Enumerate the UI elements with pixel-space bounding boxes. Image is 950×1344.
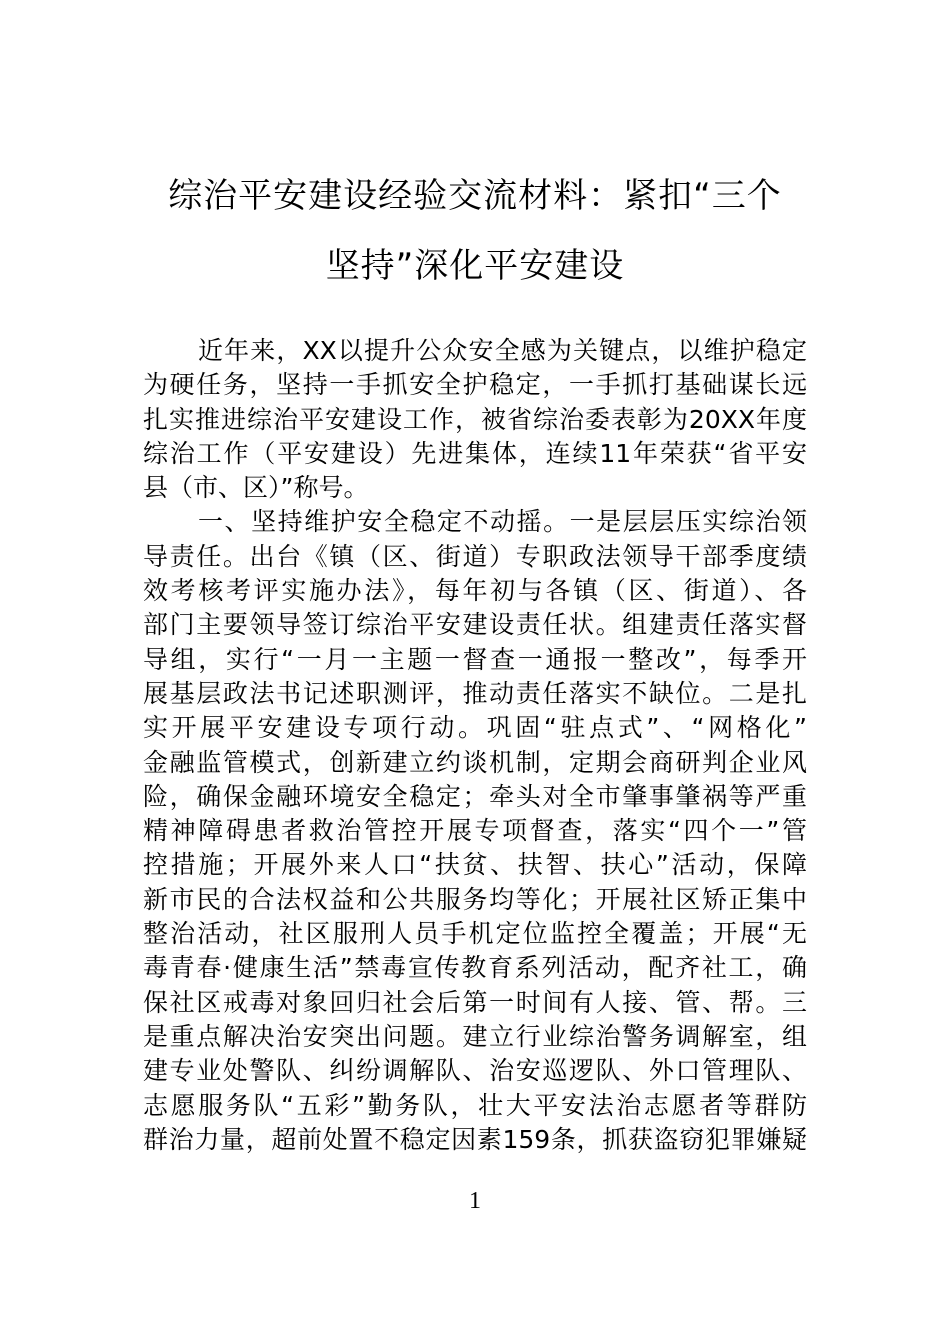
paragraph-line: 县（市、区）”称号。 bbox=[143, 471, 807, 505]
paragraph-line: 整治活动，社区服刑人员手机定位监控全覆盖；开展“无 bbox=[143, 917, 807, 951]
paragraph-line: 为硬任务，坚持一手抓安全护稳定，一手抓打基础谋长远 bbox=[143, 368, 807, 402]
paragraph-line: 新市民的合法权益和公共服务均等化；开展社区矫正集中 bbox=[143, 883, 807, 917]
paragraph-line: 扎实推进综治平安建设工作，被省综治委表彰为20XX年度 bbox=[143, 403, 807, 437]
document-title-line-1: 综治平安建设经验交流材料：紧扣“三个 bbox=[0, 176, 950, 216]
paragraph-line: 险，确保金融环境安全稳定；牵头对全市肇事肇祸等严重 bbox=[143, 780, 807, 814]
paragraph-line: 志愿服务队“五彩”勤务队，壮大平安法治志愿者等群防 bbox=[143, 1089, 807, 1123]
paragraph-line: 效考核考评实施办法》，每年初与各镇（区、街道）、各 bbox=[143, 574, 807, 608]
paragraph-line: 毒青春·健康生活”禁毒宣传教育系列活动，配齐社工，确 bbox=[143, 951, 807, 985]
document-title-line-2: 坚持”深化平安建设 bbox=[0, 246, 950, 286]
paragraph-line: 是重点解决治安突出问题。建立行业综治警务调解室，组 bbox=[143, 1020, 807, 1054]
page-number: 1 bbox=[0, 1186, 950, 1216]
paragraph-line: 近年来，XX以提升公众安全感为关键点，以维护稳定 bbox=[143, 334, 807, 368]
paragraph-line: 一、坚持维护安全稳定不动摇。一是层层压实综治领 bbox=[143, 505, 807, 539]
paragraph-intro: 近年来，XX以提升公众安全感为关键点，以维护稳定 为硬任务，坚持一手抓安全护稳定… bbox=[143, 334, 807, 505]
paragraph-line: 导组，实行“一月一主题一督查一通报一整改”，每季开 bbox=[143, 643, 807, 677]
paragraph-section-one: 一、坚持维护安全稳定不动摇。一是层层压实综治领 导责任。出台《镇（区、街道）专职… bbox=[143, 505, 807, 1157]
paragraph-line: 群治力量，超前处置不稳定因素159条，抓获盗窃犯罪嫌疑 bbox=[143, 1123, 807, 1157]
document-page: 综治平安建设经验交流材料：紧扣“三个 坚持”深化平安建设 近年来，XX以提升公众… bbox=[0, 0, 950, 1344]
paragraph-line: 综治工作（平安建设）先进集体，连续11年荣获“省平安 bbox=[143, 437, 807, 471]
paragraph-line: 控措施；开展外来人口“扶贫、扶智、扶心”活动，保障 bbox=[143, 848, 807, 882]
paragraph-line: 精神障碍患者救治管控开展专项督查，落实“四个一”管 bbox=[143, 814, 807, 848]
paragraph-line: 导责任。出台《镇（区、街道）专职政法领导干部季度绩 bbox=[143, 540, 807, 574]
paragraph-line: 实开展平安建设专项行动。巩固“驻点式”、“网格化” bbox=[143, 711, 807, 745]
paragraph-line: 金融监管模式，创新建立约谈机制，定期会商研判企业风 bbox=[143, 746, 807, 780]
paragraph-line: 展基层政法书记述职测评，推动责任落实不缺位。二是扎 bbox=[143, 677, 807, 711]
paragraph-line: 保社区戒毒对象回归社会后第一时间有人接、管、帮。三 bbox=[143, 986, 807, 1020]
paragraph-line: 建专业处警队、纠纷调解队、治安巡逻队、外口管理队、 bbox=[143, 1054, 807, 1088]
paragraph-line: 部门主要领导签订综治平安建设责任状。组建责任落实督 bbox=[143, 608, 807, 642]
document-body: 近年来，XX以提升公众安全感为关键点，以维护稳定 为硬任务，坚持一手抓安全护稳定… bbox=[143, 334, 807, 1157]
